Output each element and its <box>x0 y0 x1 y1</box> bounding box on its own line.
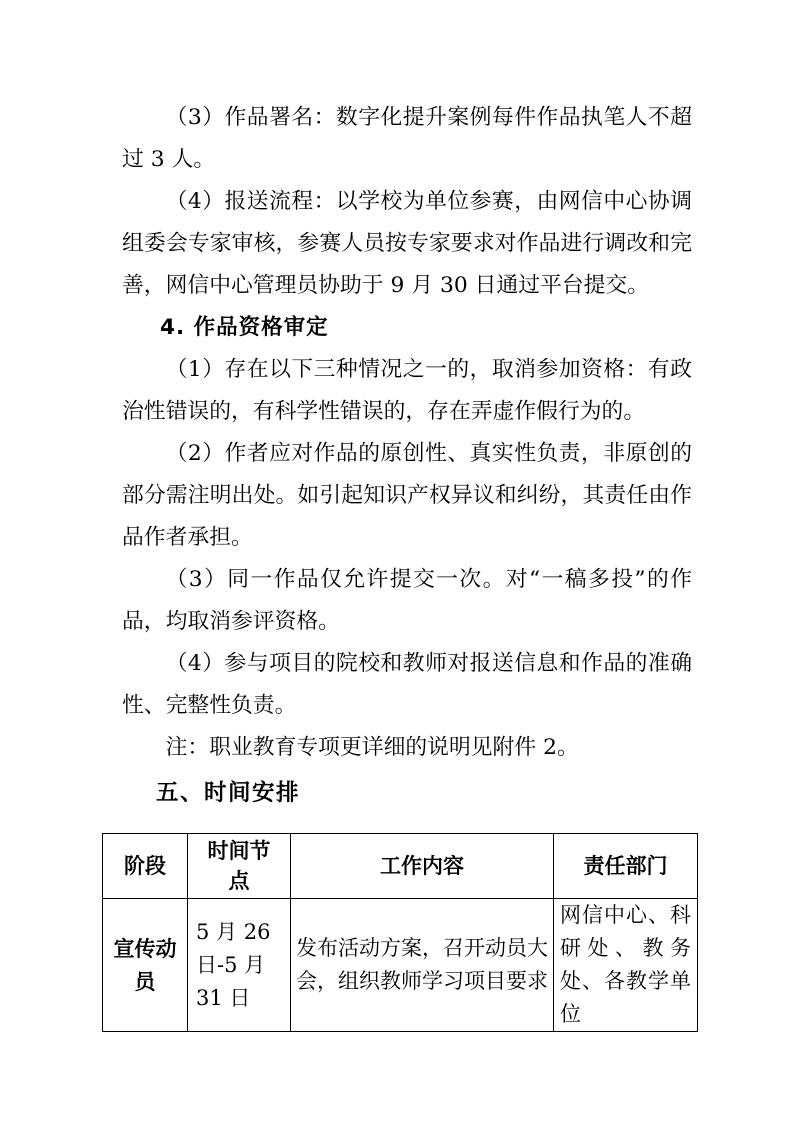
header-cell-department: 责任部门 <box>554 834 698 899</box>
paragraph-accuracy: （4）参与项目的院校和教师对报送信息和作品的准确性、完整性负责。 <box>122 643 692 727</box>
paragraph-single-submission: （3）同一作品仅允许提交一次。对“一稿多投”的作品，均取消参评资格。 <box>122 559 692 643</box>
table-header-row: 阶段 时间节点 工作内容 责任部门 <box>103 834 698 899</box>
cell-stage: 宣传动员 <box>103 899 188 1032</box>
paragraph-note: 注：职业教育专项更详细的说明见附件 2。 <box>122 727 692 769</box>
paragraph-originality: （2）作者应对作品的原创性、真实性负责，非原创的部分需注明出处。如引起知识产权异… <box>122 433 692 559</box>
paragraph-work-signature: （3）作品署名：数字化提升案例每件作品执笔人不超过 3 人。 <box>122 97 692 181</box>
header-cell-content: 工作内容 <box>291 834 554 899</box>
cell-department: 网信中心、科研处、教务处、各教学单位 <box>554 899 698 1032</box>
document-body: （3）作品署名：数字化提升案例每件作品执笔人不超过 3 人。 （4）报送流程：以… <box>0 0 793 1032</box>
paragraph-submission-process: （4）报送流程：以学校为单位参赛，由网信中心协调组委会专家审核，参赛人员按专家要… <box>122 181 692 307</box>
schedule-table: 阶段 时间节点 工作内容 责任部门 宣传动员 5 月 26 日-5 月 31 日… <box>102 833 698 1032</box>
paragraph-disqualification: （1）存在以下三种情况之一的，取消参加资格：有政治性错误的，有科学性错误的，存在… <box>122 349 692 433</box>
header-cell-stage: 阶段 <box>103 834 188 899</box>
table-row-mobilization: 宣传动员 5 月 26 日-5 月 31 日 发布活动方案，召开动员大会，组织教… <box>103 899 698 1032</box>
header-cell-time: 时间节点 <box>188 834 291 899</box>
heading-qualification-review: 4. 作品资格审定 <box>122 307 692 349</box>
cell-time: 5 月 26 日-5 月 31 日 <box>188 899 291 1032</box>
heading-time-schedule: 五、时间安排 <box>122 775 692 811</box>
cell-work-content: 发布活动方案，召开动员大会，组织教师学习项目要求 <box>291 899 554 1032</box>
document-page: { "colors": { "page_background": "#fffff… <box>0 0 793 1122</box>
